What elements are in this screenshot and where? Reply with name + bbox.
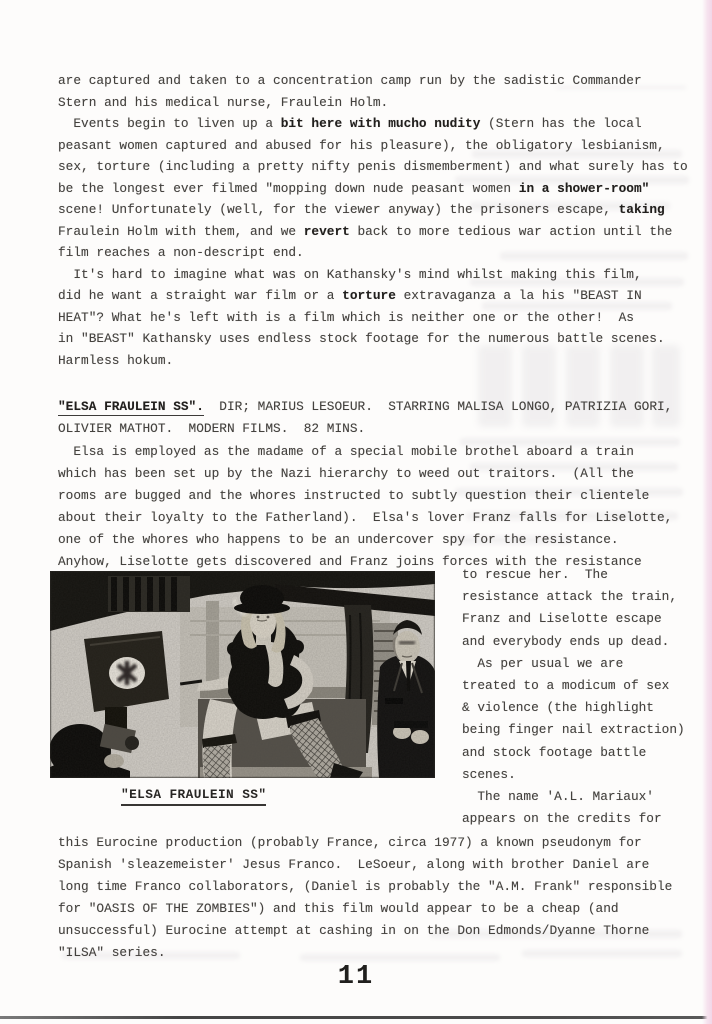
text-line: film reaches a non-descript end.	[58, 242, 703, 264]
elsa-plot-text: Elsa is employed as the madame of a spec…	[58, 441, 703, 573]
text-line: scene! Unfortunately (well, for the view…	[58, 199, 703, 221]
text-line: rooms are bugged and the whores instruct…	[58, 485, 703, 507]
text-line: and stock footage battle	[462, 742, 702, 764]
text-line: It's hard to imagine what was on Kathans…	[58, 264, 703, 286]
text-line: appears on the credits for	[462, 808, 702, 830]
text-line: OLIVIER MATHOT. MODERN FILMS. 82 MINS.	[58, 418, 703, 440]
elsa-sidebar-text: to rescue her. Theresistance attack the …	[462, 564, 702, 830]
photo-caption: "ELSA FRAULEIN SS"	[121, 787, 266, 806]
text-line: scenes.	[462, 764, 702, 786]
page-number: 11	[0, 962, 712, 992]
text-line: be the longest ever filmed "mopping down…	[58, 178, 703, 200]
text-line: unsuccessful) Eurocine attempt at cashin…	[58, 920, 703, 942]
text-line: this Eurocine production (probably Franc…	[58, 832, 703, 854]
text-line: "ILSA" series.	[58, 942, 703, 964]
film-still-photo	[50, 571, 435, 778]
text-line: treated to a modicum of sex	[462, 675, 702, 697]
page-edge-tint	[702, 0, 712, 1024]
text-line: The name 'A.L. Mariaux'	[462, 786, 702, 808]
text-line: Elsa is employed as the madame of a spec…	[58, 441, 703, 463]
text-line: did he want a straight war film or a tor…	[58, 285, 703, 307]
text-line: Franz and Liselotte escape	[462, 608, 702, 630]
text-line: about their loyalty to the Fatherland). …	[58, 507, 703, 529]
kathansky-review-text: are captured and taken to a concentratio…	[58, 70, 703, 371]
text-line: As per usual we are	[462, 653, 702, 675]
text-line: Spanish 'sleazemeister' Jesus Franco. Le…	[58, 854, 703, 876]
bottom-rule	[0, 1016, 712, 1019]
text-line: "ELSA FRAULEIN SS". DIR; MARIUS LESOEUR.…	[58, 396, 703, 418]
text-line: & violence (the highlight	[462, 697, 702, 719]
text-line: which has been set up by the Nazi hierar…	[58, 463, 703, 485]
text-line: for "OASIS OF THE ZOMBIES") and this fil…	[58, 898, 703, 920]
elsa-credits-heading: "ELSA FRAULEIN SS". DIR; MARIUS LESOEUR.…	[58, 396, 703, 439]
elsa-closing-text: this Eurocine production (probably Franc…	[58, 832, 703, 964]
text-line: Fraulein Holm with them, and we revert b…	[58, 221, 703, 243]
text-line: being finger nail extraction)	[462, 719, 702, 741]
text-line: Harmless hokum.	[58, 350, 703, 372]
text-line: to rescue her. The	[462, 564, 702, 586]
text-line: resistance attack the train,	[462, 586, 702, 608]
text-line: and everybody ends up dead.	[462, 631, 702, 653]
zine-page: are captured and taken to a concentratio…	[0, 0, 712, 1024]
text-line: HEAT"? What he's left with is a film whi…	[58, 307, 703, 329]
text-line: Stern and his medical nurse, Fraulein Ho…	[58, 92, 703, 114]
text-line: peasant women captured and abused for hi…	[58, 135, 703, 157]
text-line: long time Franco collaborators, (Daniel …	[58, 876, 703, 898]
text-line: are captured and taken to a concentratio…	[58, 70, 703, 92]
text-line: Events begin to liven up a bit here with…	[58, 113, 703, 135]
text-line: in "BEAST" Kathansky uses endless stock …	[58, 328, 703, 350]
text-line: sex, torture (including a pretty nifty p…	[58, 156, 703, 178]
text-line: one of the whores who happens to be an u…	[58, 529, 703, 551]
